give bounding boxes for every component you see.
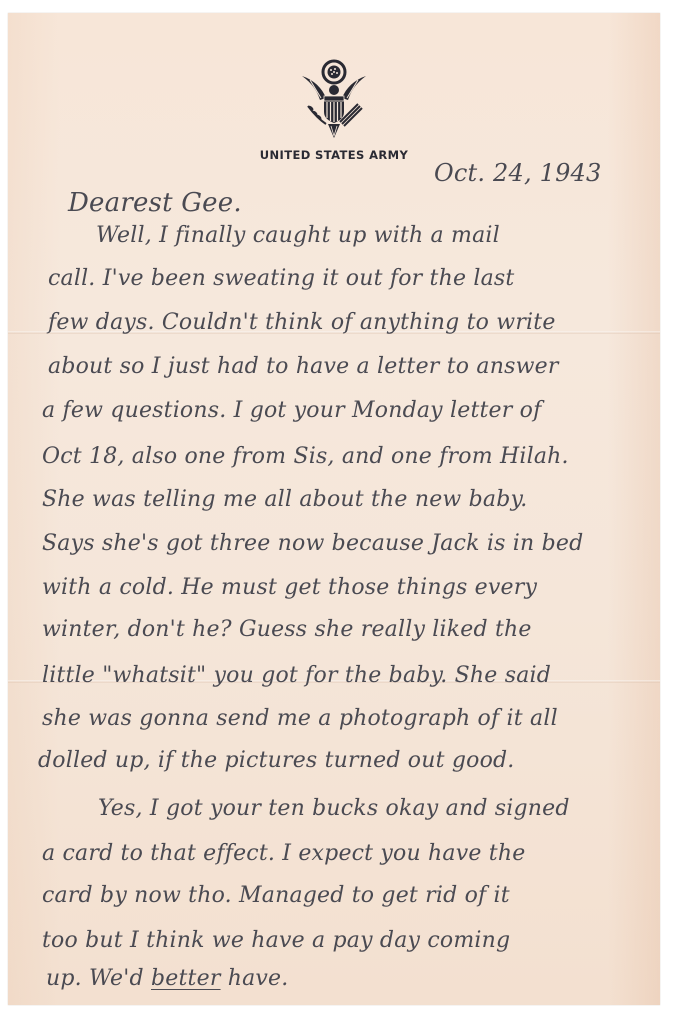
letter-line: Yes, I got your ten bucks okay and signe…: [98, 796, 570, 821]
letter-line: few days. Couldn't think of anything to …: [48, 310, 556, 335]
letter-salutation: Dearest Gee.: [68, 188, 242, 218]
letter-line: with a cold. He must get those things ev…: [42, 575, 537, 600]
letter-line: too but I think we have a pay day coming: [42, 928, 510, 953]
letter-date: Oct. 24, 1943: [434, 159, 602, 187]
letter-line: Says she's got three now because Jack is…: [42, 531, 583, 556]
letter-line: She was telling me all about the new bab…: [42, 487, 527, 512]
letter-line: she was gonna send me a photograph of it…: [42, 706, 558, 731]
letter-line: a card to that effect. I expect you have…: [42, 841, 525, 866]
letter-last-line: up. We'd better have.: [46, 966, 288, 991]
letter-line: a few questions. I got your Monday lette…: [42, 398, 541, 423]
letter-line: about so I just had to have a letter to …: [48, 354, 559, 379]
underlined-word: better: [151, 966, 221, 991]
letter-line: winter, don't he? Guess she really liked…: [42, 617, 532, 642]
letterhead: UNITED STATES ARMY: [8, 58, 660, 162]
letter-line: card by now tho. Managed to get rid of i…: [42, 883, 510, 908]
eagle-seal-icon: [294, 58, 374, 140]
letter-line: call. I've been sweating it out for the …: [48, 266, 514, 291]
letter-line: dolled up, if the pictures turned out go…: [38, 748, 515, 773]
letter-line: Well, I finally caught up with a mail: [96, 223, 500, 248]
letter-text: up. We'd: [46, 966, 151, 991]
letter-text: have.: [221, 966, 289, 991]
letter-line: little "whatsit" you got for the baby. S…: [42, 663, 551, 688]
letter-page: UNITED STATES ARMY Oct. 24, 1943 Dearest…: [8, 13, 660, 1005]
letter-line: Oct 18, also one from Sis, and one from …: [42, 444, 569, 469]
